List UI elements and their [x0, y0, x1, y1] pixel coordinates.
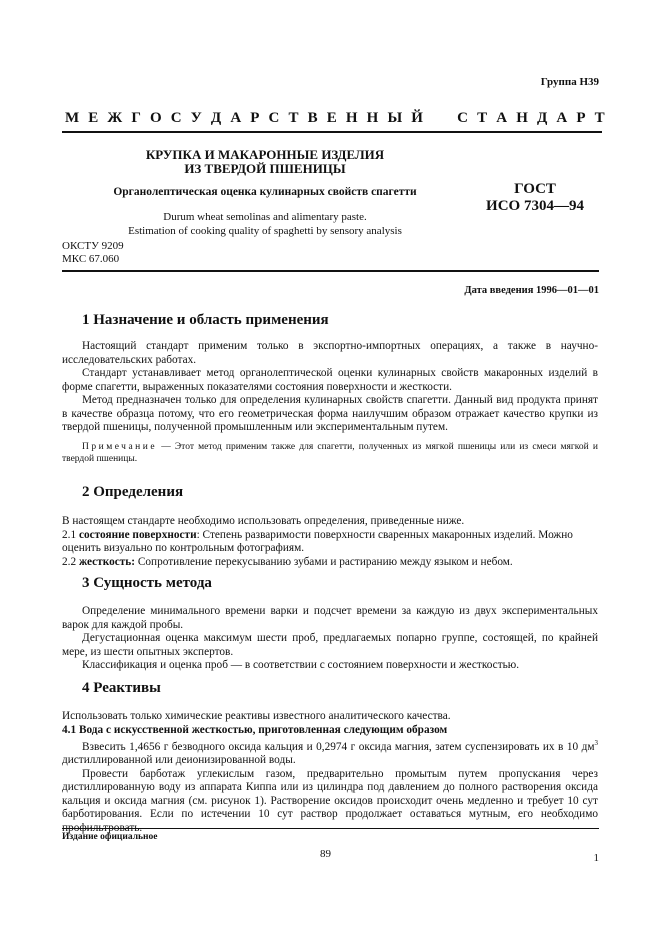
note-label: Примечание	[82, 442, 157, 452]
definition-number: 2.2	[62, 556, 79, 568]
paragraph: Взвесить 1,4656 г безводного оксида каль…	[62, 737, 598, 768]
paragraph: Классификация и оценка проб — в соответс…	[62, 659, 598, 673]
banner-letter: Г	[131, 110, 141, 127]
paragraph: Использовать только химические реактивы …	[62, 710, 598, 724]
definition-term: жесткость:	[79, 556, 135, 568]
official-edition-label: Издание официальное	[62, 832, 158, 842]
banner-letter: В	[308, 110, 318, 127]
banner-letter: Е	[88, 110, 98, 127]
definition-2-1: 2.1 состояние поверхности: Степень разва…	[62, 529, 598, 556]
mks-code: МКС 67.060	[62, 253, 124, 266]
banner-letter: Т	[477, 110, 487, 127]
banner-letter: Ы	[387, 110, 402, 127]
banner-letter: Н	[367, 110, 379, 127]
definition-2-2: 2.2 жесткость: Сопротивление перекусыван…	[62, 556, 598, 570]
definition-term: состояние поверхности	[79, 529, 197, 541]
group-code: Группа Н39	[541, 76, 599, 88]
banner-letter: Т	[289, 110, 299, 127]
paragraph: Стандарт устанавливает метод органолепти…	[62, 367, 598, 394]
paragraph: Определение минимального времени варки и…	[62, 605, 598, 632]
banner-letter: А	[496, 110, 507, 127]
section-2-body: В настоящем стандарте необходимо использ…	[62, 515, 598, 569]
interstate-standard-banner: МЕЖГОСУДАРСТВЕННЫЙСТАНДАРТ	[65, 110, 605, 127]
sheet-number: 1	[594, 852, 600, 864]
section-4-heading: 4 Реактивы	[82, 680, 161, 697]
banner-letter: А	[556, 110, 567, 127]
banner-letter: Д	[211, 110, 221, 127]
banner-letter: Й	[411, 110, 423, 127]
banner-letter: А	[230, 110, 241, 127]
banner-letter: С	[457, 110, 468, 127]
footer-rule	[62, 828, 599, 829]
english-title-line-2: Estimation of cooking quality of spaghet…	[80, 224, 450, 238]
banner-letter: Ж	[107, 110, 122, 127]
gost-label: ГОСТ	[470, 181, 600, 198]
english-title-line-1: Durum wheat semolinas and alimentary pas…	[80, 210, 450, 224]
classification-codes: ОКСТУ 9209 МКС 67.060	[62, 240, 124, 266]
definition-number: 2.1	[62, 529, 79, 541]
section-1-body: Настоящий стандарт применим только в экс…	[62, 340, 598, 465]
gost-designation: ГОСТ ИСО 7304—94	[470, 181, 600, 215]
header-rule	[62, 131, 602, 133]
paragraph: Метод предназначен только для определени…	[62, 394, 598, 435]
section-3-body: Определение минимального времени варки и…	[62, 605, 598, 673]
paragraph: Провести барботаж углекислым газом, пред…	[62, 768, 598, 836]
text: дистиллированной или деионизированной во…	[62, 754, 296, 766]
section-1-heading: 1 Назначение и область применения	[82, 312, 329, 329]
banner-letter: Р	[250, 110, 259, 127]
banner-letter: С	[171, 110, 182, 127]
paragraph: Дегустационная оценка максимум шести про…	[62, 632, 598, 659]
title-line-1: КРУПКА И МАКАРОННЫЕ ИЗДЕЛИЯ	[110, 148, 420, 162]
banner-letter: Н	[346, 110, 358, 127]
superscript: 3	[595, 739, 599, 747]
banner-letter: Р	[576, 110, 585, 127]
banner-letter: У	[191, 110, 202, 127]
paragraph: Настоящий стандарт применим только в экс…	[62, 340, 598, 367]
subsection-4-1-heading: 4.1 Вода с искусственной жесткостью, при…	[62, 724, 598, 738]
okstu-code: ОКСТУ 9209	[62, 240, 124, 253]
definition-text: Сопротивление перекусыванию зубами и рас…	[135, 556, 513, 568]
section-3-heading: 3 Сущность метода	[82, 575, 212, 592]
banner-letter: О	[150, 110, 162, 127]
banner-letter: Н	[516, 110, 528, 127]
document-subtitle: Органолептическая оценка кулинарных свой…	[80, 186, 450, 198]
section-4-body: Использовать только химические реактивы …	[62, 710, 598, 835]
title-line-2: ИЗ ТВЕРДОЙ ПШЕНИЦЫ	[110, 162, 420, 176]
title-rule	[62, 270, 599, 272]
banner-letter: Е	[327, 110, 337, 127]
gost-number: ИСО 7304—94	[470, 198, 600, 215]
banner-letter: Д	[537, 110, 547, 127]
english-title: Durum wheat semolinas and alimentary pas…	[80, 210, 450, 238]
banner-letter: Т	[595, 110, 605, 127]
page-number: 89	[320, 848, 331, 860]
banner-letter: С	[269, 110, 280, 127]
paragraph: В настоящем стандарте необходимо использ…	[62, 515, 598, 529]
banner-letter: М	[65, 110, 79, 127]
document-title: КРУПКА И МАКАРОННЫЕ ИЗДЕЛИЯ ИЗ ТВЕРДОЙ П…	[110, 148, 420, 176]
banner-gap	[432, 110, 448, 127]
section-2-heading: 2 Определения	[82, 484, 183, 501]
text: Взвесить 1,4656 г безводного оксида каль…	[82, 741, 595, 753]
note: Примечание — Этот метод применим также д…	[62, 441, 598, 465]
introduction-date: Дата введения 1996—01—01	[464, 285, 599, 296]
